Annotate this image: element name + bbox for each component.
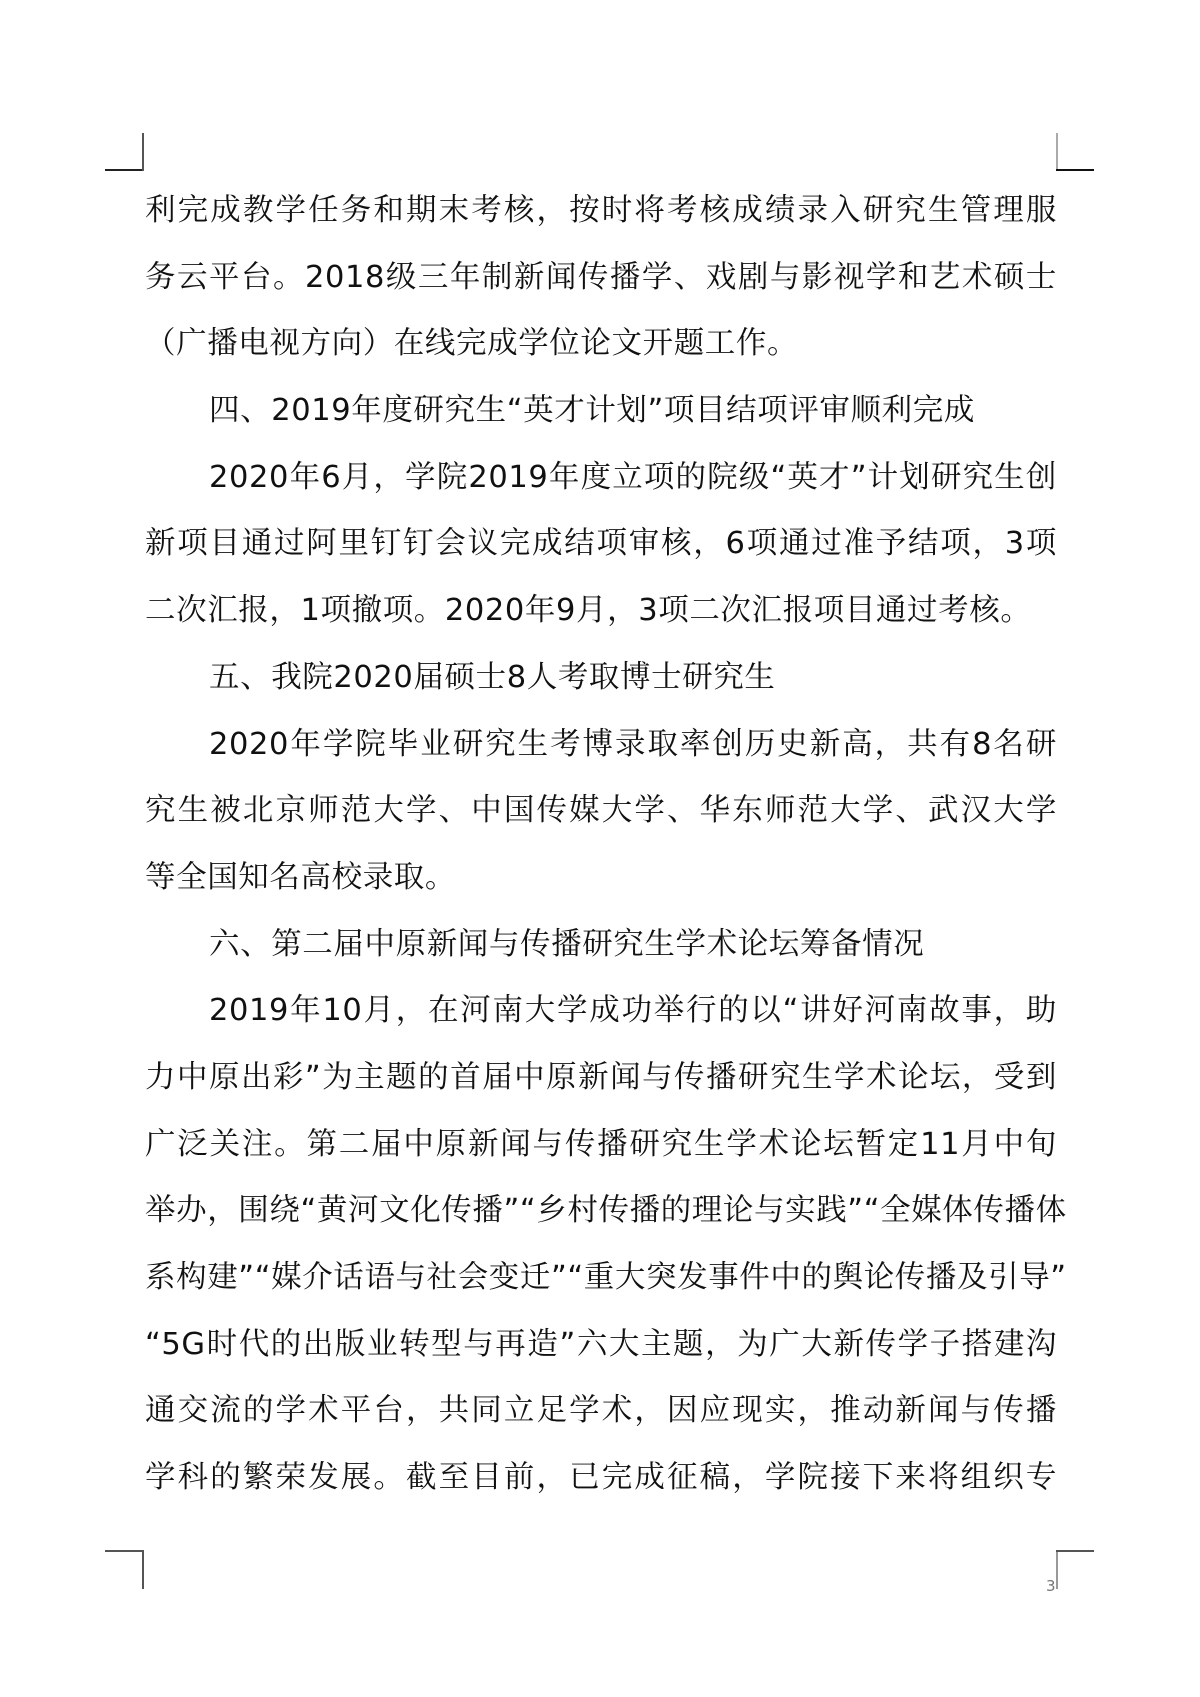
text-line: 力中原出彩”为主题的首届中原新闻与传播研究生学术论坛，受到 (145, 1045, 1057, 1112)
text-line: 2019年10月，在河南大学成功举行的以“讲好河南故事，助 (145, 978, 1057, 1045)
text-line: （广播电视方向）在线完成学位论文开题工作。 (145, 311, 1057, 378)
text-line: 务云平台。2018级三年制新闻传播学、戏剧与影视学和艺术硕士 (145, 245, 1057, 312)
text-line: 2020年6月，学院2019年度立项的院级“英才”计划研究生创 (145, 445, 1057, 512)
text-line: 学科的繁荣发展。截至目前，已完成征稿，学院接下来将组织专 (145, 1445, 1057, 1512)
text-line: 新项目通过阿里钉钉会议完成结项审核，6项通过准予结项，3项 (145, 511, 1057, 578)
text-line: 二次汇报，1项撤项。2020年9月，3项二次汇报项目通过考核。 (145, 578, 1057, 645)
section-heading-5: 五、我院2020届硕士8人考取博士研究生 (145, 645, 1057, 712)
text-line: 究生被北京师范大学、中国传媒大学、华东师范大学、武汉大学 (145, 778, 1057, 845)
text-line: 通交流的学术平台，共同立足学术，因应现实，推动新闻与传播 (145, 1378, 1057, 1445)
text-line: 2020年学院毕业研究生考博录取率创历史新高，共有8名研 (145, 712, 1057, 779)
page-number: 3 (1046, 1577, 1056, 1595)
body-text: 利完成教学任务和期末考核，按时将考核成绩录入研究生管理服 务云平台。2018级三… (145, 178, 1057, 1512)
text-line: 系构建”“媒介话语与社会变迁”“重大突发事件中的舆论传播及引导” (145, 1245, 1057, 1312)
text-line: 利完成教学任务和期末考核，按时将考核成绩录入研究生管理服 (145, 178, 1057, 245)
text-line: “5G时代的出版业转型与再造”六大主题，为广大新传学子搭建沟 (145, 1312, 1057, 1379)
section-heading-4: 四、2019年度研究生“英才计划”项目结项评审顺利完成 (145, 378, 1057, 445)
section-heading-6: 六、第二届中原新闻与传播研究生学术论坛筹备情况 (145, 912, 1057, 979)
text-line: 等全国知名高校录取。 (145, 845, 1057, 912)
text-line: 举办，围绕“黄河文化传播”“乡村传播的理论与实践”“全媒体传播体 (145, 1178, 1057, 1245)
document-page: 利完成教学任务和期末考核，按时将考核成绩录入研究生管理服 务云平台。2018级三… (0, 0, 1200, 1697)
text-line: 广泛关注。第二届中原新闻与传播研究生学术论坛暂定11月中旬 (145, 1112, 1057, 1179)
